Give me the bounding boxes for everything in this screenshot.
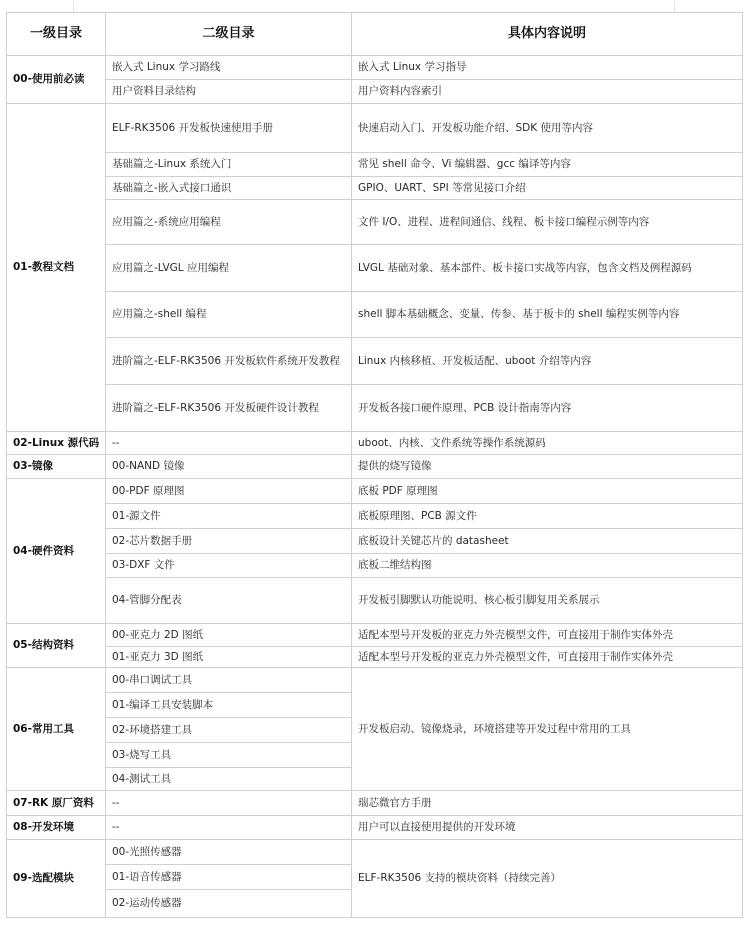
- level2-directory: 进阶篇之-ELF-RK3506 开发板硬件设计教程: [106, 385, 352, 432]
- content-description: 瑞芯微官方手册: [352, 791, 743, 816]
- level2-directory: 应用篇之-LVGL 应用编程: [106, 245, 352, 292]
- table-row: 用户资料目录结构用户资料内容索引: [7, 80, 743, 104]
- level1-directory: 04-硬件资料: [7, 479, 106, 624]
- table-header-row: 一级目录 二级目录 具体内容说明: [7, 13, 743, 56]
- table-row: 03-DXF 文件底板二维结构图: [7, 554, 743, 578]
- level2-directory: 03-烧写工具: [106, 743, 352, 768]
- level2-directory: ELF-RK3506 开发板快速使用手册: [106, 104, 352, 153]
- level2-directory: 应用篇之-系统应用编程: [106, 200, 352, 245]
- directory-table: 一级目录 二级目录 具体内容说明 00-使用前必读嵌入式 Linux 学习路线嵌…: [6, 12, 743, 918]
- content-description: 常见 shell 命令、Vi 编辑器、gcc 编译等内容: [352, 153, 743, 177]
- level2-directory: 用户资料目录结构: [106, 80, 352, 104]
- content-description: 开发板各接口硬件原理、PCB 设计指南等内容: [352, 385, 743, 432]
- content-description: shell 脚本基础概念、变量、传参、基于板卡的 shell 编程实例等内容: [352, 292, 743, 338]
- header-level2: 二级目录: [106, 13, 352, 56]
- level2-directory: 应用篇之-shell 编程: [106, 292, 352, 338]
- table-row: 应用篇之-LVGL 应用编程LVGL 基础对象、基本部件、板卡接口实战等内容，包…: [7, 245, 743, 292]
- table-row: 09-选配模块00-光照传感器ELF-RK3506 支持的模块资料（持续完善）: [7, 840, 743, 865]
- level2-directory: 01-语音传感器: [106, 865, 352, 890]
- table-row: 04-硬件资料00-PDF 原理图底板 PDF 原理图: [7, 479, 743, 504]
- content-description: ELF-RK3506 支持的模块资料（持续完善）: [352, 840, 743, 918]
- level2-directory: 02-芯片数据手册: [106, 529, 352, 554]
- level2-directory: 04-测试工具: [106, 768, 352, 791]
- level2-directory: --: [106, 432, 352, 455]
- content-description: 文件 I/O、进程、进程间通信、线程、板卡接口编程示例等内容: [352, 200, 743, 245]
- level2-directory: 00-NAND 镜像: [106, 455, 352, 479]
- content-description: 适配本型号开发板的亚克力外壳模型文件，可直接用于制作实体外壳: [352, 624, 743, 647]
- level2-directory: 01-编译工具安装脚本: [106, 693, 352, 718]
- content-description: 开发板引脚默认功能说明、核心板引脚复用关系展示: [352, 578, 743, 624]
- level2-directory: 00-PDF 原理图: [106, 479, 352, 504]
- level2-directory: 02-运动传感器: [106, 890, 352, 918]
- table-row: 02-Linux 源代码--uboot、内核、文件系统等操作系统源码: [7, 432, 743, 455]
- level1-directory: 00-使用前必读: [7, 56, 106, 104]
- level2-directory: --: [106, 816, 352, 840]
- page-edge-marker: [73, 0, 74, 12]
- table-row: 应用篇之-系统应用编程文件 I/O、进程、进程间通信、线程、板卡接口编程示例等内…: [7, 200, 743, 245]
- table-row: 基础篇之-嵌入式接口通识GPIO、UART、SPI 等常见接口介绍: [7, 177, 743, 200]
- table-row: 01-源文件底板原理图、PCB 源文件: [7, 504, 743, 529]
- header-description: 具体内容说明: [352, 13, 743, 56]
- level2-directory: 进阶篇之-ELF-RK3506 开发板软件系统开发教程: [106, 338, 352, 385]
- level1-directory: 05-结构资料: [7, 624, 106, 668]
- content-description: Linux 内核移植、开发板适配、uboot 介绍等内容: [352, 338, 743, 385]
- level2-directory: 03-DXF 文件: [106, 554, 352, 578]
- table-body: 00-使用前必读嵌入式 Linux 学习路线嵌入式 Linux 学习指导用户资料…: [7, 56, 743, 918]
- table-row: 03-镜像00-NAND 镜像提供的烧写镜像: [7, 455, 743, 479]
- level1-directory: 08-开发环境: [7, 816, 106, 840]
- content-description: 开发板启动、镜像烧录，环境搭建等开发过程中常用的工具: [352, 668, 743, 791]
- header-level1: 一级目录: [7, 13, 106, 56]
- content-description: 快速启动入门、开发板功能介绍、SDK 使用等内容: [352, 104, 743, 153]
- level1-directory: 01-教程文档: [7, 104, 106, 432]
- level2-directory: 04-管脚分配表: [106, 578, 352, 624]
- content-description: LVGL 基础对象、基本部件、板卡接口实战等内容，包含文档及例程源码: [352, 245, 743, 292]
- content-description: 底板设计关键芯片的 datasheet: [352, 529, 743, 554]
- content-description: 嵌入式 Linux 学习指导: [352, 56, 743, 80]
- level1-directory: 02-Linux 源代码: [7, 432, 106, 455]
- level1-directory: 06-常用工具: [7, 668, 106, 791]
- table-row: 02-芯片数据手册底板设计关键芯片的 datasheet: [7, 529, 743, 554]
- content-description: GPIO、UART、SPI 等常见接口介绍: [352, 177, 743, 200]
- level2-directory: 基础篇之-Linux 系统入门: [106, 153, 352, 177]
- content-description: 提供的烧写镜像: [352, 455, 743, 479]
- content-description: 用户可以直接使用提供的开发环境: [352, 816, 743, 840]
- table-row: 04-管脚分配表开发板引脚默认功能说明、核心板引脚复用关系展示: [7, 578, 743, 624]
- level1-directory: 09-选配模块: [7, 840, 106, 918]
- table-row: 基础篇之-Linux 系统入门常见 shell 命令、Vi 编辑器、gcc 编译…: [7, 153, 743, 177]
- table-row: 01-教程文档ELF-RK3506 开发板快速使用手册快速启动入门、开发板功能介…: [7, 104, 743, 153]
- level1-directory: 07-RK 原厂资料: [7, 791, 106, 816]
- table-row: 08-开发环境--用户可以直接使用提供的开发环境: [7, 816, 743, 840]
- level1-directory: 03-镜像: [7, 455, 106, 479]
- table-row: 进阶篇之-ELF-RK3506 开发板硬件设计教程开发板各接口硬件原理、PCB …: [7, 385, 743, 432]
- level2-directory: 嵌入式 Linux 学习路线: [106, 56, 352, 80]
- content-description: 底板原理图、PCB 源文件: [352, 504, 743, 529]
- level2-directory: 01-源文件: [106, 504, 352, 529]
- level2-directory: 00-亚克力 2D 图纸: [106, 624, 352, 647]
- level2-directory: 基础篇之-嵌入式接口通识: [106, 177, 352, 200]
- level2-directory: --: [106, 791, 352, 816]
- content-description: 底板 PDF 原理图: [352, 479, 743, 504]
- content-description: 适配本型号开发板的亚克力外壳模型文件，可直接用于制作实体外壳: [352, 647, 743, 668]
- level2-directory: 01-亚克力 3D 图纸: [106, 647, 352, 668]
- level2-directory: 00-串口调试工具: [106, 668, 352, 693]
- content-description: uboot、内核、文件系统等操作系统源码: [352, 432, 743, 455]
- table-row: 07-RK 原厂资料--瑞芯微官方手册: [7, 791, 743, 816]
- level2-directory: 00-光照传感器: [106, 840, 352, 865]
- content-description: 用户资料内容索引: [352, 80, 743, 104]
- table-row: 应用篇之-shell 编程shell 脚本基础概念、变量、传参、基于板卡的 sh…: [7, 292, 743, 338]
- table-row: 01-亚克力 3D 图纸适配本型号开发板的亚克力外壳模型文件，可直接用于制作实体…: [7, 647, 743, 668]
- table-row: 进阶篇之-ELF-RK3506 开发板软件系统开发教程Linux 内核移植、开发…: [7, 338, 743, 385]
- table-row: 06-常用工具00-串口调试工具开发板启动、镜像烧录，环境搭建等开发过程中常用的…: [7, 668, 743, 693]
- level2-directory: 02-环境搭建工具: [106, 718, 352, 743]
- table-row: 00-使用前必读嵌入式 Linux 学习路线嵌入式 Linux 学习指导: [7, 56, 743, 80]
- page-edge-marker: [674, 0, 675, 12]
- table-row: 05-结构资料00-亚克力 2D 图纸适配本型号开发板的亚克力外壳模型文件，可直…: [7, 624, 743, 647]
- content-description: 底板二维结构图: [352, 554, 743, 578]
